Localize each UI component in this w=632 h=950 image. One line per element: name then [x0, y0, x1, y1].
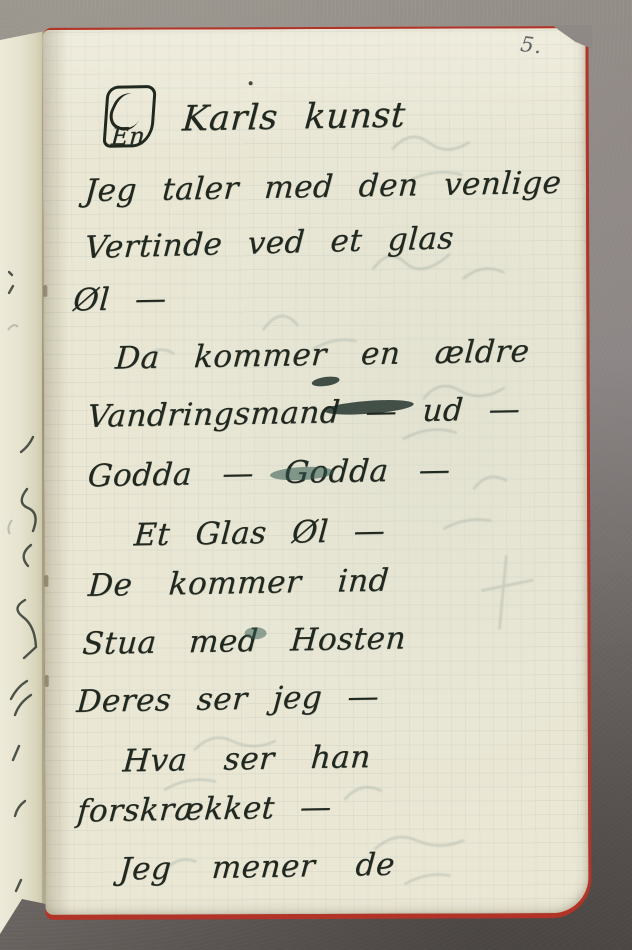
ink-dot	[249, 81, 253, 85]
scribbled-overwritten-word: En	[102, 85, 156, 148]
left-page-edge	[0, 0, 46, 950]
notebook-photograph: 5. EnKarls kunst Jeg taler med den venli…	[0, 0, 632, 950]
handwriting-line: Deres ser jeg —	[75, 679, 380, 720]
handwriting-line: Stua med Hosten	[81, 620, 407, 662]
handwriting-line: Vertinde ved et glas	[84, 220, 455, 266]
handwriting-line: Hva ser han	[122, 739, 373, 779]
handwriting-line: Øl —	[72, 281, 168, 319]
title-text: Karls kunst	[181, 96, 407, 140]
handwriting-line: forskrækket —	[76, 789, 333, 829]
ink-smear	[245, 627, 267, 639]
title-line: EnKarls kunst	[102, 81, 408, 148]
handwriting-line: Et Glas Øl —	[133, 513, 387, 553]
gutter-crease-mark	[44, 575, 48, 587]
handwriting-line: De kommer ind	[87, 563, 390, 604]
handwriting-line: Da kommer en ældre	[114, 333, 531, 376]
left-page-ink-fragments	[0, 0, 46, 950]
page-number: 5.	[519, 32, 544, 58]
page-red-stained-edges: 5. EnKarls kunst Jeg taler med den venli…	[42, 26, 591, 920]
gutter-crease-mark	[43, 285, 47, 297]
ink-smudge	[311, 375, 340, 388]
handwriting-line: Vandringsmand — ud —	[86, 391, 521, 435]
handwriting-line: Godda — Godda —	[87, 452, 452, 494]
handwriting-line: Jeg taler med den venlige	[83, 165, 562, 209]
gutter-crease-mark	[45, 675, 49, 687]
handwriting-line: Jeg mener de	[118, 847, 396, 888]
notebook-page: 5. EnKarls kunst Jeg taler med den venli…	[42, 28, 588, 915]
